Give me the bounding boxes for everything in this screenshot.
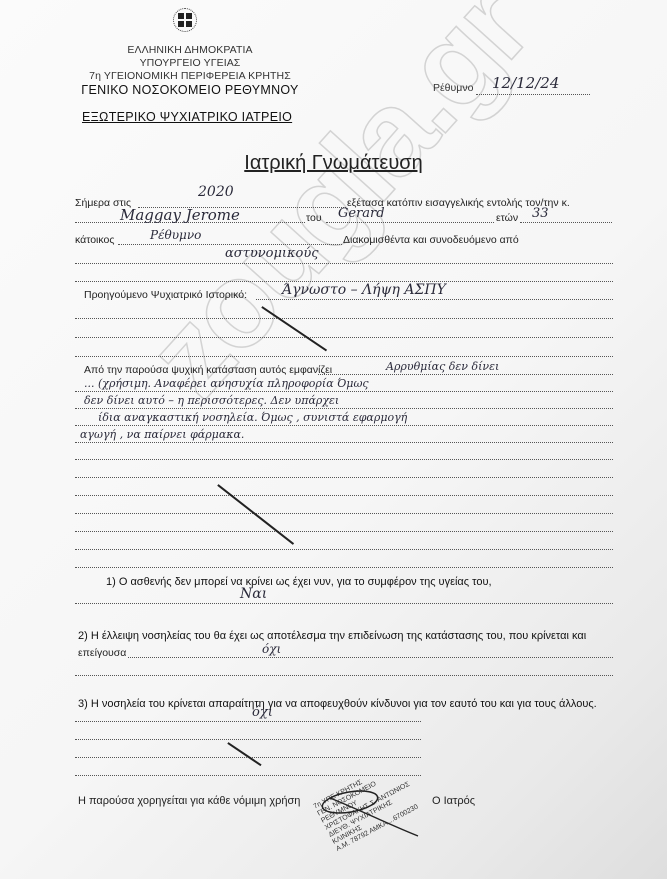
place-label: Ρέθυμνο [433,82,473,94]
place-date: 12/12/24 [492,74,559,92]
state-line-5: αγωγή , να παίρνει φάρμακα. [80,428,244,441]
age-label: ετών [496,212,518,224]
header-ministry: ΥΠΟΥΡΓΕΙΟ ΥΓΕΙΑΣ [60,57,320,69]
name-value: Maggay Jerome [120,206,240,224]
escort-value: αστυνομικούς [225,246,319,261]
resident-value: Ρέθυμνο [150,228,201,242]
state-line-2: ... (χρήσιμη. Αναφέρει ανησυχία πληροφορ… [84,377,369,390]
header-clinic: ΕΞΩΤΕΡΙΚΟ ΨΥΧΙΑΤΡΙΚΟ ΙΑΤΡΕΙΟ [82,110,292,124]
answer-1: Ναι [240,586,267,602]
state-label: Από την παρούσα ψυχική κατάσταση αυτός ε… [84,364,332,376]
doctor-label: Ο Ιατρός [432,795,475,807]
header-hospital: ΓΕΝΙΚΟ ΝΟΣΟΚΟΜΕΙΟ ΡΕΘΥΜΝΟΥ [60,83,320,97]
greek-coat-of-arms-icon [173,8,197,32]
usage-text: Η παρούσα χορηγείται για κάθε νόμιμη χρή… [78,795,300,807]
resident-label: κάτοικος [75,234,114,246]
question-2: 2) Η έλλειψη νοσηλείας του θα έχει ως απ… [78,630,586,642]
state-line-4: ίδια αναγκαστική νοσηλεία. Όμως , συνιστ… [98,411,407,424]
answer-3: όχι [252,705,273,720]
escort-text: Διακομισθέντα και συνοδευόμενο από [343,234,519,246]
page-title: Ιατρική Γνωμάτευση [0,152,667,175]
history-value: Άγνωστο – Λήψη ΑΣΠΥ [282,282,446,298]
question-3: 3) Η νοσηλεία του κρίνεται απαραίτητη γι… [78,698,597,710]
header-region: 7η ΥΓΕΙΟΝΟΜΙΚΗ ΠΕΡΙΦΕΡΕΙΑ ΚΡΗΤΗΣ [60,70,320,82]
history-label: Προηγούμενο Ψυχιατρικό Ιστορικό: [84,289,247,301]
father-value: Gerard [338,206,385,221]
signature [310,780,420,840]
header-republic: ΕΛΛΗΝΙΚΗ ΔΗΜΟΚΡΑΤΙΑ [60,44,320,56]
age-value: 33 [532,206,549,221]
today-value: 2020 [198,184,234,200]
answer-2: όχι [262,642,281,656]
question-1: 1) Ο ασθενής δεν μπορεί να κρίνει ως έχε… [106,576,492,588]
question-2-urgent: επείγουσα [78,647,126,659]
state-line-3: δεν δίνει αυτό – η περισσότερες. Δεν υπά… [84,394,339,407]
state-line-1: Αρρυθμίας δεν δίνει [386,360,499,373]
father-label: του [306,212,322,224]
